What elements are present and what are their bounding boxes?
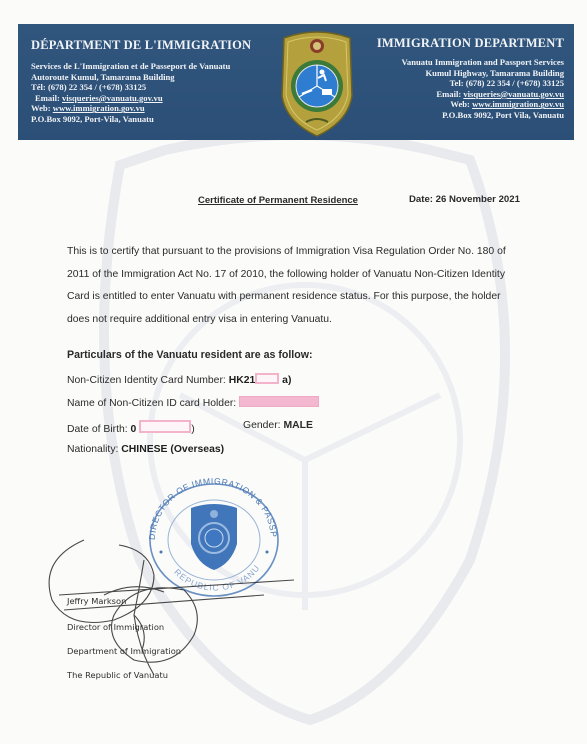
letterhead-right-title: IMMIGRATION DEPARTMENT bbox=[377, 36, 564, 51]
paragraph-line: Card is entitled to enter Vanuatu with p… bbox=[67, 286, 527, 309]
letterhead-left-title: DÉPARTMENT DE L'IMMIGRATION bbox=[31, 38, 251, 53]
letterhead-right-web-row: Web: www.immigration.gov.vu bbox=[377, 99, 564, 110]
signatory-country: The Republic of Vanuatu bbox=[67, 670, 168, 680]
dob-label: Date of Birth: bbox=[67, 424, 131, 435]
dob-suffix: ) bbox=[191, 424, 194, 435]
paragraph-line: This is to certify that pursuant to the … bbox=[67, 241, 527, 264]
signatory-name: Jeffry Markson bbox=[67, 596, 126, 606]
letterhead-right-pobox: P.O.Box 9092, Port Vila, Vanuatu bbox=[377, 110, 564, 121]
paragraph-line: does not require additional entry visa i… bbox=[67, 309, 527, 332]
email-link[interactable]: visqueries@vanuatu.gov.vu bbox=[463, 89, 564, 99]
document-title: Certificate of Permanent Residence bbox=[198, 195, 358, 206]
email-label: Email: bbox=[436, 89, 463, 99]
nationality-field: Nationality: CHINESE (Overseas) bbox=[67, 444, 224, 455]
letterhead-right-line: Kumul Highway, Tamarama Building bbox=[377, 68, 564, 79]
letterhead-left-web-row: Web: www.immigration.gov.vu bbox=[31, 103, 251, 114]
date-of-birth-field: Date of Birth: 0 ) bbox=[67, 420, 195, 435]
gender-value: MALE bbox=[283, 420, 312, 431]
nationality-label: Nationality: bbox=[67, 444, 121, 455]
document-date: Date: 26 November 2021 bbox=[409, 194, 520, 205]
letterhead-right-line: Tel: (678) 22 354 / (+678) 33125 bbox=[377, 78, 564, 89]
particulars-heading: Particulars of the Vanuatu resident are … bbox=[67, 349, 313, 361]
certification-paragraph: This is to certify that pursuant to the … bbox=[67, 241, 527, 331]
gender-label: Gender: bbox=[243, 420, 283, 431]
signatory-department: Department of Immigration bbox=[67, 646, 181, 656]
card-number-prefix: HK21 bbox=[229, 375, 256, 386]
holder-name-label: Name of Non-Citizen ID card Holder: bbox=[67, 398, 239, 409]
redacted-block bbox=[139, 420, 191, 433]
dob-prefix: 0 bbox=[131, 424, 137, 435]
email-label: Email: bbox=[35, 93, 62, 103]
immigration-emblem-icon bbox=[278, 26, 356, 138]
letterhead-french: DÉPARTMENT DE L'IMMIGRATION Services de … bbox=[31, 38, 251, 125]
letterhead-left-line: Services de L'Immigration et de Passepor… bbox=[31, 61, 251, 72]
letterhead-left-email-row: Email: visqueries@vanuatu.gov.vu bbox=[31, 93, 251, 104]
letterhead-right-email-row: Email: visqueries@vanuatu.gov.vu bbox=[377, 89, 564, 100]
nationality-value: CHINESE (Overseas) bbox=[121, 444, 224, 455]
web-label: Web: bbox=[450, 99, 472, 109]
letterhead-right-line: Vanuatu Immigration and Passport Service… bbox=[377, 57, 564, 68]
card-number-suffix: a) bbox=[282, 375, 291, 386]
redacted-block bbox=[239, 396, 319, 407]
gender-field: Gender: MALE bbox=[243, 420, 313, 431]
web-link[interactable]: www.immigration.gov.vu bbox=[472, 99, 564, 109]
web-label: Web: bbox=[31, 103, 53, 113]
redacted-block bbox=[255, 373, 279, 384]
letterhead-english: IMMIGRATION DEPARTMENT Vanuatu Immigrati… bbox=[377, 36, 564, 121]
letterhead: DÉPARTMENT DE L'IMMIGRATION Services de … bbox=[18, 24, 574, 140]
card-number-field: Non-Citizen Identity Card Number: HK21 a… bbox=[67, 373, 291, 386]
web-link[interactable]: www.immigration.gov.vu bbox=[53, 103, 145, 113]
letterhead-left-line: Autoroute Kumul, Tamarama Building bbox=[31, 72, 251, 83]
holder-name-field: Name of Non-Citizen ID card Holder: bbox=[67, 396, 319, 409]
card-number-label: Non-Citizen Identity Card Number: bbox=[67, 375, 229, 386]
email-link[interactable]: visqueries@vanuatu.gov.vu bbox=[62, 93, 163, 103]
letterhead-left-pobox: P.O.Box 9092, Port-Vila, Vanuatu bbox=[31, 114, 251, 125]
paragraph-line: 2011 of the Immigration Act No. 17 of 20… bbox=[67, 264, 527, 287]
signatory-title: Director of Immigration bbox=[67, 622, 164, 632]
letterhead-left-line: Tél: (678) 22 354 / (+678) 33125 bbox=[31, 82, 251, 93]
